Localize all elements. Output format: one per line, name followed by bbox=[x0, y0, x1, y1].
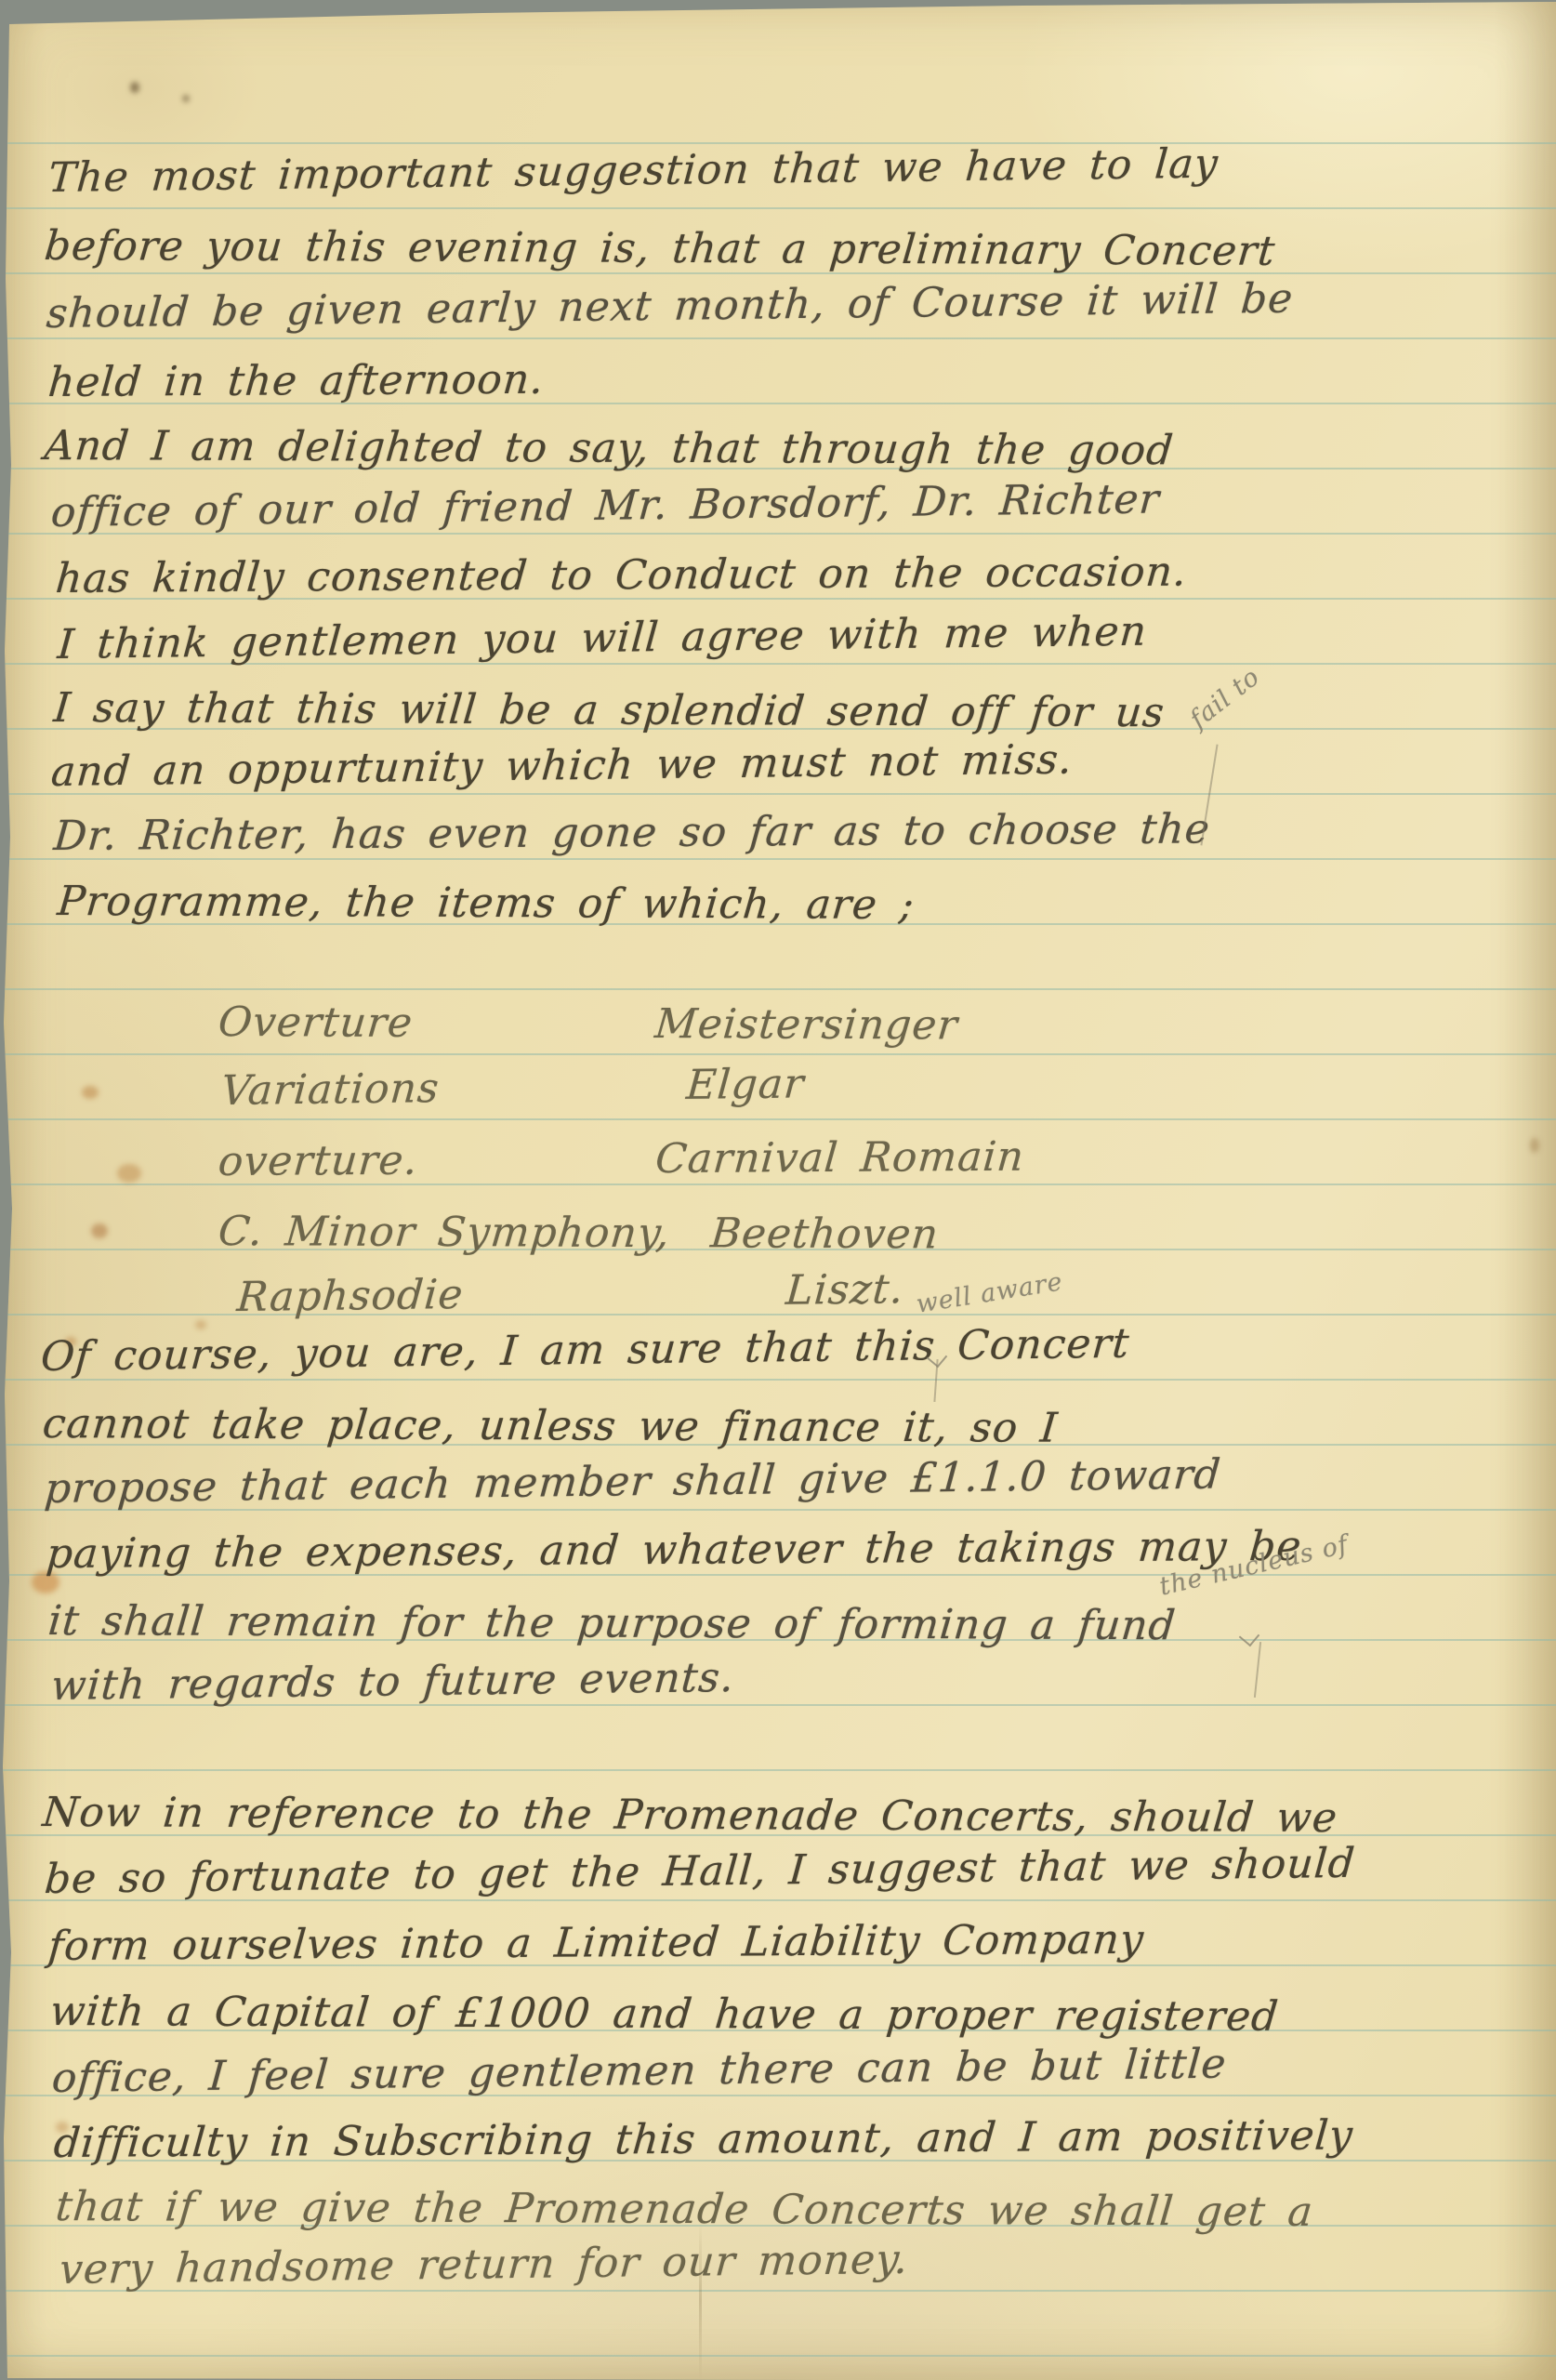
programme-composer: Meistersinger bbox=[653, 1004, 960, 1046]
handwritten-line: it shall remain for the purpose of formi… bbox=[46, 1601, 1178, 1646]
handwritten-line: with a Capital of £1000 and have a prope… bbox=[48, 1991, 1280, 2038]
handwritten-line: Now in reference to the Promenade Concer… bbox=[41, 1792, 1339, 1839]
handwritten-line: Dr. Richter, has even gone so far as to … bbox=[52, 809, 1211, 857]
handwritten-line: held in the afternoon. bbox=[46, 360, 546, 403]
programme-work: overture. bbox=[217, 1139, 657, 1183]
programme-composer: Liszt. bbox=[785, 1269, 905, 1312]
foxing-stain bbox=[91, 1223, 108, 1238]
manuscript-page: The most important suggestion that we ha… bbox=[0, 0, 1556, 2380]
handwritten-line: And I am delighted to say, that through … bbox=[43, 426, 1175, 471]
handwritten-line: paying the expenses, and whatever the ta… bbox=[45, 1527, 1303, 1575]
programme-composer: Carnival Romain bbox=[653, 1137, 1025, 1180]
programme-row: Raphsodie Liszt. bbox=[235, 1269, 905, 1318]
handwritten-line: very handsome return for our money. bbox=[58, 2240, 910, 2291]
programme-composer: Beethoven bbox=[709, 1213, 941, 1255]
handwritten-line: and an oppurtunity which we must not mis… bbox=[49, 740, 1074, 793]
programme-row: Variations Elgar bbox=[219, 1064, 806, 1112]
programme-composer: Elgar bbox=[685, 1064, 806, 1106]
handwritten-line: difficulty in Subscribing this amount, a… bbox=[52, 2115, 1354, 2164]
scan-background: The most important suggestion that we ha… bbox=[0, 0, 1556, 2380]
programme-work: Raphsodie bbox=[235, 1272, 676, 1318]
programme-work: Overture bbox=[217, 1002, 657, 1045]
programme-row: Overture Meistersinger bbox=[217, 1002, 959, 1046]
handwritten-line: before you this evening is, that a preli… bbox=[43, 226, 1277, 272]
programme-work: Variations bbox=[219, 1065, 660, 1112]
foxing-stain bbox=[82, 1086, 99, 1099]
programme-row: C. Minor Symphony, Beethoven bbox=[217, 1211, 941, 1255]
handwritten-line: that if we give the Promenade Concerts w… bbox=[54, 2187, 1315, 2233]
handwritten-line: cannot take place, unless we finance it,… bbox=[41, 1404, 1060, 1449]
handwritten-line: Programme, the items of which, are ; bbox=[56, 881, 916, 926]
handwritten-line: has kindly consented to Conduct on the o… bbox=[54, 552, 1189, 600]
foxing-stain bbox=[1530, 1138, 1539, 1153]
handwritten-line: with regards to future events. bbox=[49, 1658, 735, 1707]
programme-work: C. Minor Symphony, bbox=[217, 1211, 657, 1254]
ink-speck bbox=[130, 82, 139, 93]
programme-row: overture. Carnival Romain bbox=[217, 1137, 1026, 1183]
foxing-stain bbox=[195, 1320, 206, 1329]
handwritten-line: I say that this will be a splendid send … bbox=[52, 688, 1167, 734]
handwritten-line: form ourselves into a Limited Liability … bbox=[46, 1920, 1145, 1967]
foxing-stain bbox=[117, 1164, 141, 1183]
ink-speck bbox=[182, 95, 190, 102]
